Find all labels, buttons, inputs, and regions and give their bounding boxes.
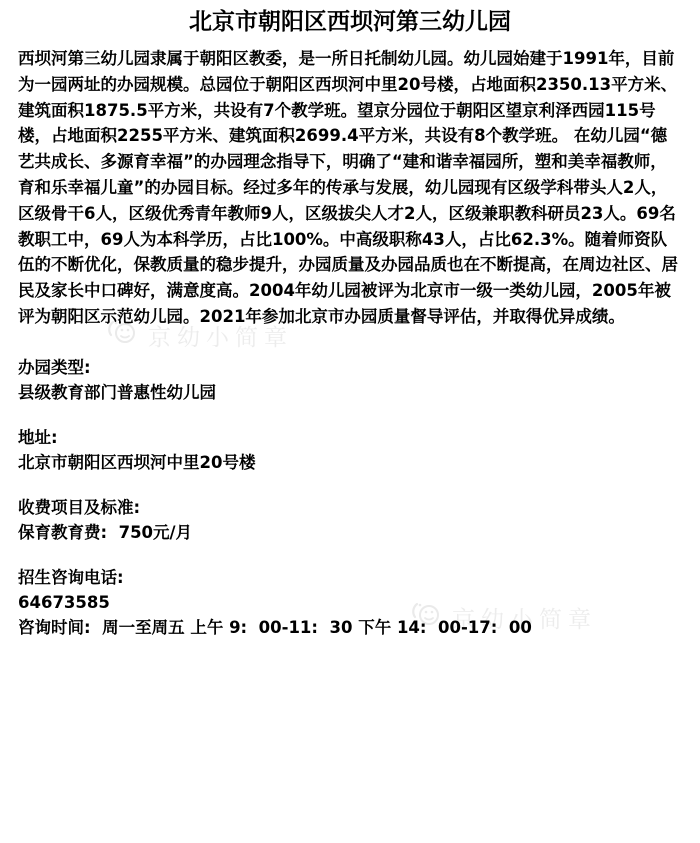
section-value: 县级教育部门普惠性幼儿园 <box>18 380 682 405</box>
section-address: 地址: 北京市朝阳区西坝河中里20号楼 <box>18 425 682 475</box>
page-title: 北京市朝阳区西坝河第三幼儿园 <box>18 8 682 36</box>
section-label: 地址: <box>18 425 682 450</box>
section-value: 保育教育费: 750元/月 <box>18 520 682 545</box>
section-label: 招生咨询电话: <box>18 565 682 590</box>
phone-number: 64673585 <box>18 590 682 615</box>
intro-paragraph: 西坝河第三幼儿园隶属于朝阳区教委，是一所日托制幼儿园。幼儿园始建于1991年，目… <box>18 46 682 330</box>
consultation-hours: 咨询时间: 周一至周五 上午 9: 00-11: 30 下午 14: 00-17… <box>18 615 682 640</box>
section-enrollment-phone: 招生咨询电话: 64673585 咨询时间: 周一至周五 上午 9: 00-11… <box>18 565 682 640</box>
section-label: 办园类型: <box>18 355 682 380</box>
section-value: 北京市朝阳区西坝河中里20号楼 <box>18 450 682 475</box>
section-fees: 收费项目及标准: 保育教育费: 750元/月 <box>18 495 682 545</box>
section-label: 收费项目及标准: <box>18 495 682 520</box>
section-kindergarten-type: 办园类型: 县级教育部门普惠性幼儿园 <box>18 355 682 405</box>
document-page: 京幼小简章 京幼小简章 北京市朝阳区西坝河第三幼儿园 西坝河第三幼儿园隶属于朝阳… <box>0 0 700 843</box>
info-sections: 办园类型: 县级教育部门普惠性幼儿园 地址: 北京市朝阳区西坝河中里20号楼 收… <box>18 355 682 640</box>
